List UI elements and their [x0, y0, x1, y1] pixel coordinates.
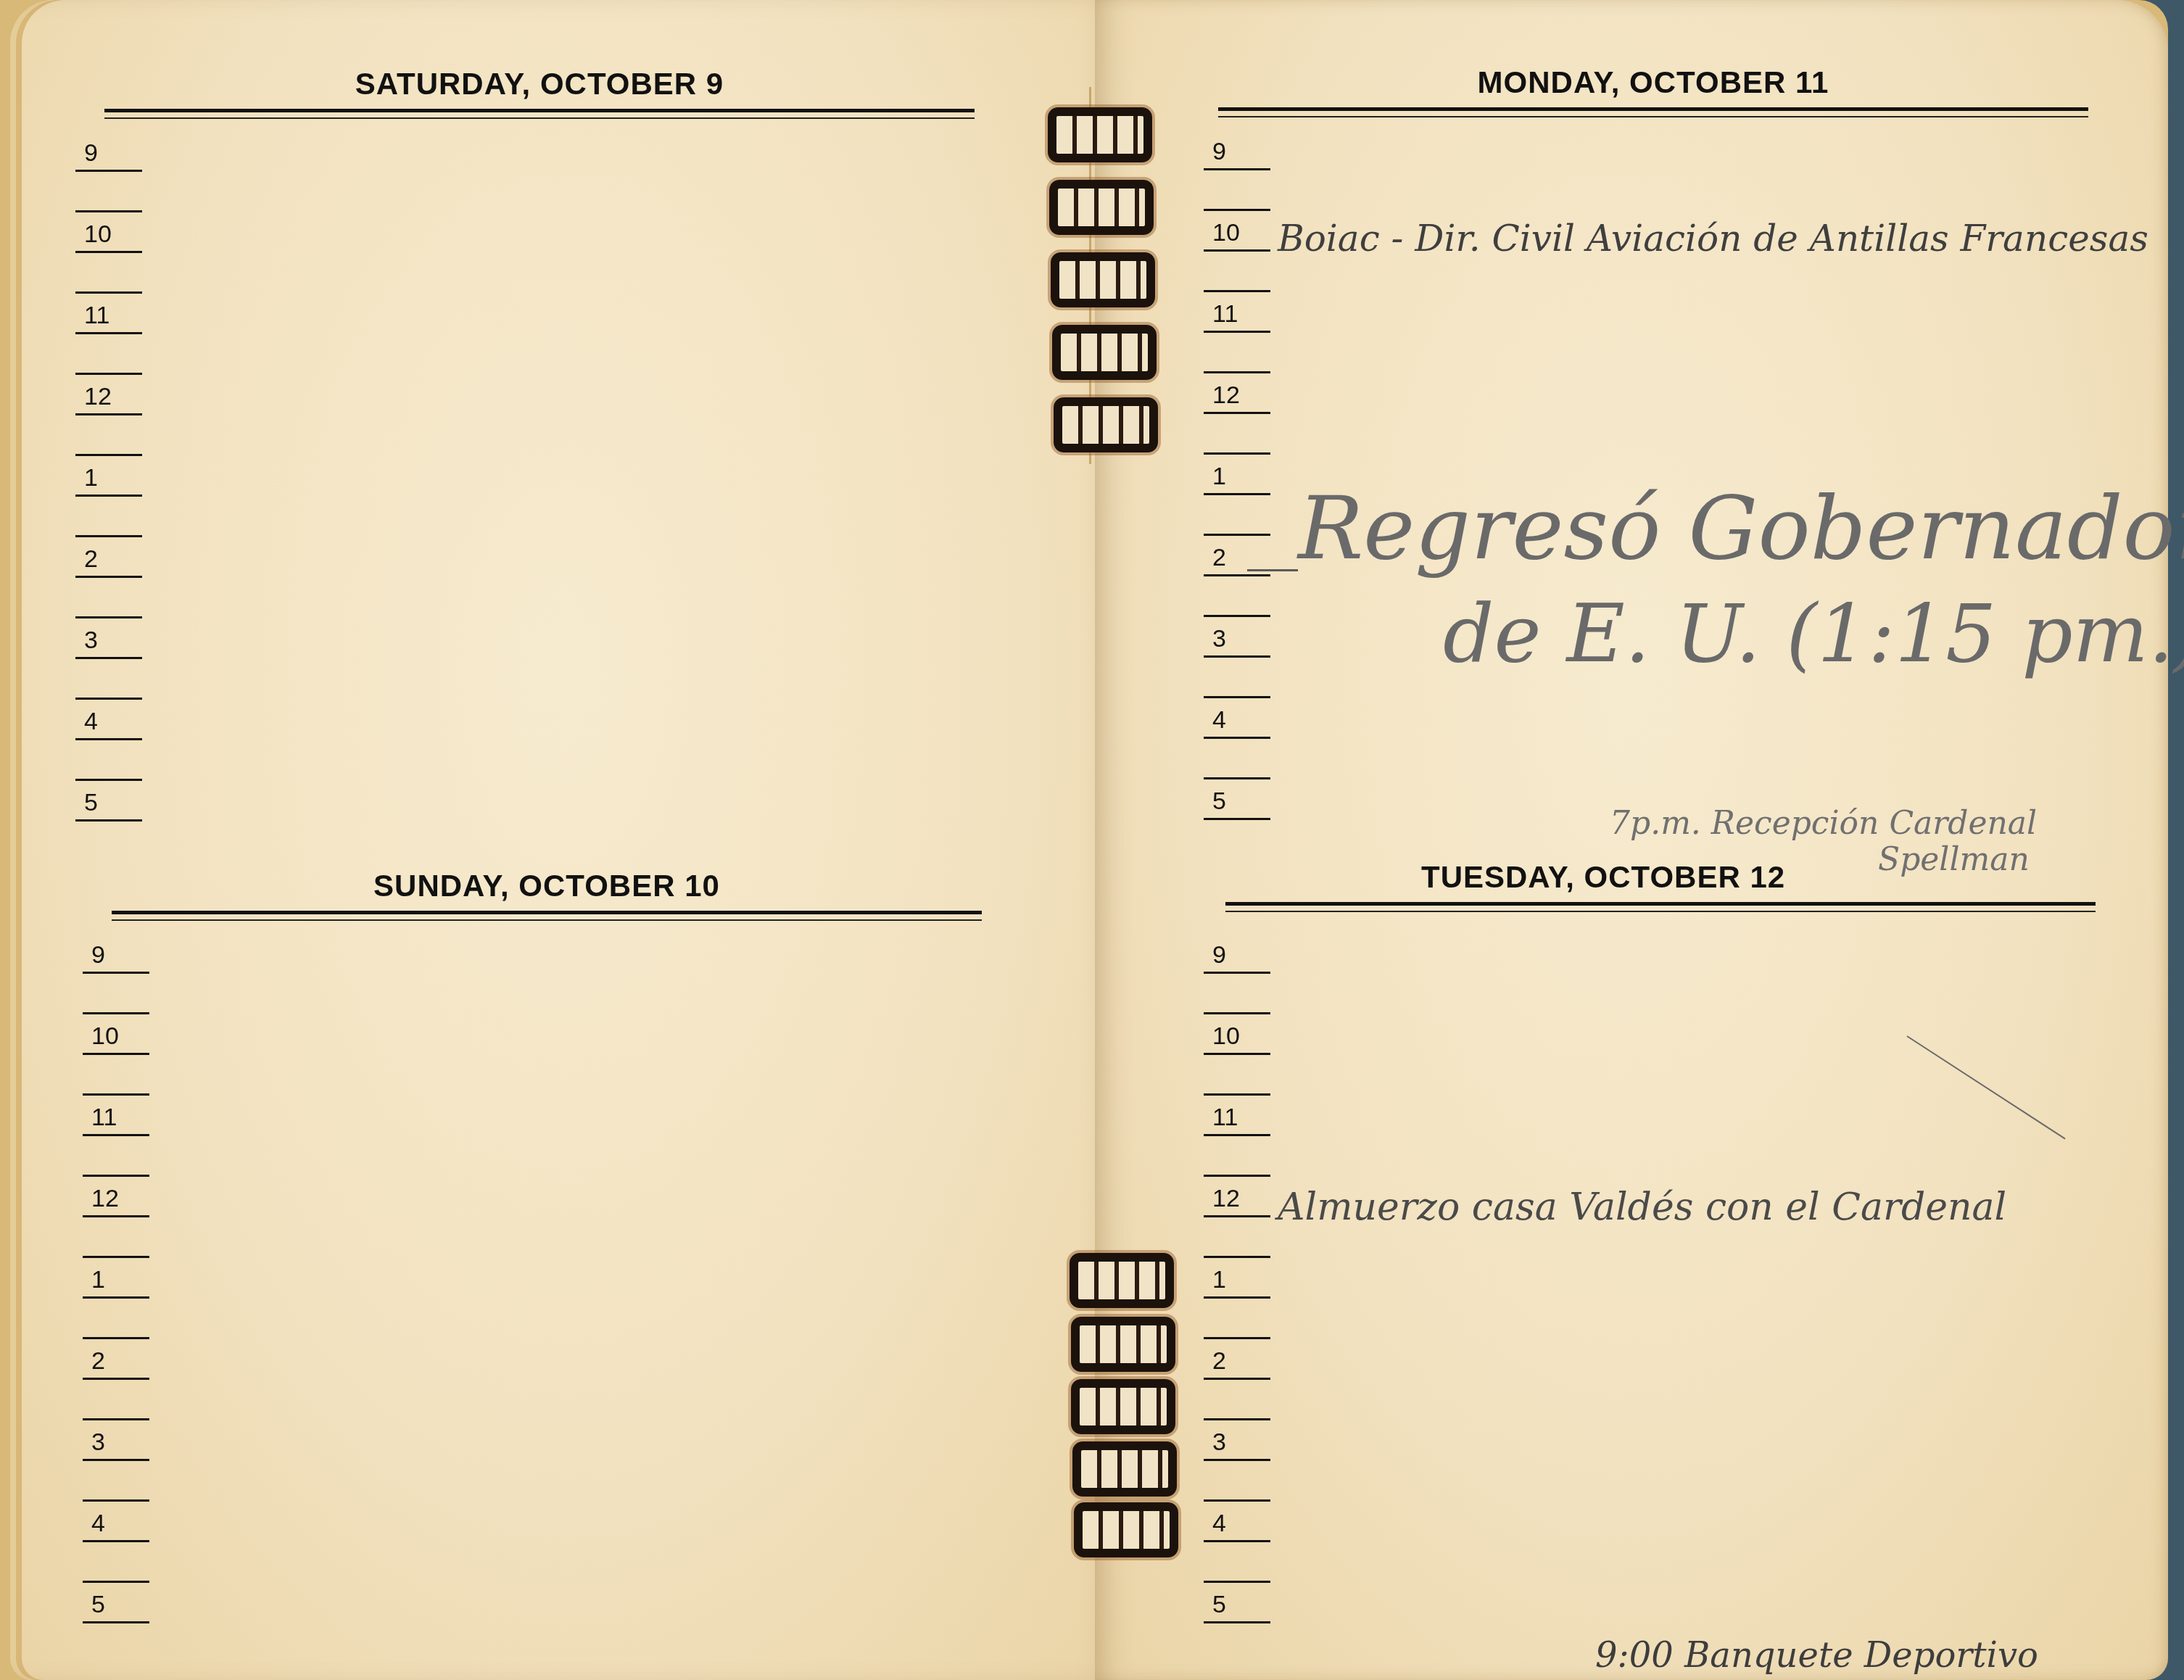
hour-line — [75, 170, 142, 172]
note-tuesday-9pm: 9:00 Banquete Deportivo — [1595, 1635, 2038, 1676]
half-hour-line — [1204, 290, 1270, 292]
hour-line — [75, 576, 142, 578]
hour-label: 12 — [91, 1185, 119, 1213]
hour-line — [83, 1459, 149, 1461]
hour-label: 2 — [84, 545, 98, 574]
hour-line — [83, 1540, 149, 1542]
hour-label: 3 — [84, 626, 98, 655]
hour-slot: 9 — [1204, 934, 1276, 1015]
hour-label: 2 — [1212, 544, 1226, 572]
right-page: MONDAY, OCTOBER 11 9 10 11 12 1 2 3 4 5 … — [1095, 0, 2168, 1680]
hour-slot: 1 — [75, 457, 148, 538]
hour-slot: 3 — [75, 619, 148, 700]
half-hour-line — [75, 535, 142, 537]
hour-label: 12 — [1212, 381, 1240, 410]
half-hour-line — [1204, 696, 1270, 698]
hour-slot: 5 — [75, 782, 148, 863]
spiral-ring — [1054, 397, 1158, 452]
hour-slot: 9 — [75, 132, 148, 213]
half-hour-line — [1204, 452, 1270, 455]
half-hour-line — [83, 1175, 149, 1177]
hour-column: 9 10 11 12 1 2 3 4 5 — [1204, 131, 1276, 861]
spiral-ring — [1072, 1441, 1177, 1497]
hour-label: 4 — [91, 1510, 105, 1538]
day-header: SATURDAY, OCTOBER 9 — [104, 67, 975, 102]
note-monday-2pm-line1: Regresó Gobernador — [1298, 479, 2184, 579]
pencil-dash — [1247, 569, 1298, 571]
half-hour-line — [1204, 1175, 1270, 1177]
hour-slot: 2 — [1204, 537, 1276, 618]
hour-label: 12 — [84, 383, 112, 411]
hour-slot: 12 — [1204, 1178, 1276, 1259]
header-rule — [104, 109, 975, 112]
hour-line — [1204, 737, 1270, 739]
hour-slot: 5 — [1204, 780, 1276, 861]
hour-line — [1204, 331, 1270, 333]
note-monday-10am: Boiac - Dir. Civil Aviación de Antillas … — [1278, 218, 2148, 260]
hour-label: 1 — [91, 1266, 105, 1294]
hour-line — [83, 1134, 149, 1136]
header-rule — [112, 911, 982, 914]
spiral-ring — [1071, 1317, 1175, 1372]
hour-label: 2 — [91, 1347, 105, 1375]
half-hour-line — [1204, 615, 1270, 617]
half-hour-line — [75, 373, 142, 375]
pencil-stroke — [1906, 1035, 2065, 1139]
hour-label: 11 — [91, 1104, 117, 1132]
hour-line — [75, 738, 142, 740]
half-hour-line — [75, 210, 142, 212]
hour-line — [1204, 249, 1270, 252]
hour-label: 3 — [91, 1428, 105, 1457]
half-hour-line — [83, 1256, 149, 1258]
hour-label: 3 — [1212, 625, 1226, 653]
half-hour-line — [83, 1418, 149, 1420]
hour-slot: 10 — [1204, 1015, 1276, 1096]
hour-label: 11 — [84, 302, 109, 330]
half-hour-line — [1204, 1093, 1270, 1096]
half-hour-line — [75, 779, 142, 781]
hour-slot: 10 — [1204, 212, 1276, 293]
hour-slot: 12 — [1204, 374, 1276, 455]
hour-slot: 3 — [1204, 618, 1276, 699]
hour-line — [1204, 412, 1270, 414]
half-hour-line — [83, 1093, 149, 1096]
half-hour-line — [1204, 534, 1270, 536]
hour-line — [1204, 1540, 1270, 1542]
diary-book: SATURDAY, OCTOBER 9 9 10 11 12 1 2 3 4 5… — [0, 0, 2168, 1680]
hour-slot: 3 — [83, 1421, 155, 1502]
header-rule — [1218, 107, 2088, 111]
hour-line — [1204, 1621, 1270, 1623]
half-hour-line — [83, 1012, 149, 1014]
half-hour-line — [1204, 371, 1270, 373]
half-hour-line — [1204, 777, 1270, 779]
hour-label: 9 — [1212, 941, 1226, 969]
hour-label: 10 — [1212, 1022, 1240, 1051]
hour-line — [83, 1378, 149, 1380]
spiral-ring — [1071, 1379, 1175, 1434]
hour-label: 3 — [1212, 1428, 1226, 1457]
half-hour-line — [83, 1581, 149, 1583]
hour-label: 1 — [1212, 1266, 1226, 1294]
hour-label: 4 — [1212, 706, 1226, 735]
spiral-ring — [1048, 107, 1152, 162]
hour-line — [83, 1621, 149, 1623]
half-hour-line — [75, 291, 142, 294]
hour-label: 9 — [1212, 138, 1226, 166]
hour-slot: 1 — [1204, 1259, 1276, 1340]
hour-line — [1204, 818, 1270, 820]
spiral-ring — [1070, 1253, 1174, 1308]
half-hour-line — [1204, 1581, 1270, 1583]
hour-slot: 10 — [75, 213, 148, 294]
half-hour-line — [83, 1499, 149, 1502]
hour-slot: 12 — [83, 1178, 155, 1259]
hour-line — [75, 495, 142, 497]
hour-slot: 10 — [83, 1015, 155, 1096]
hour-column: 9 10 11 12 1 2 3 4 5 — [1204, 934, 1276, 1665]
hour-line — [1204, 972, 1270, 974]
hour-label: 10 — [91, 1022, 119, 1051]
hour-slot: 5 — [1204, 1584, 1276, 1665]
hour-line — [1204, 1378, 1270, 1380]
hour-slot: 4 — [75, 700, 148, 782]
hour-line — [1204, 1215, 1270, 1217]
hour-label: 9 — [91, 941, 105, 969]
hour-slot: 3 — [1204, 1421, 1276, 1502]
day-header: SUNDAY, OCTOBER 10 — [112, 869, 982, 903]
half-hour-line — [1204, 1418, 1270, 1420]
note-monday-7pm-line1: 7p.m. Recepción Cardenal — [1610, 805, 2037, 842]
hour-slot: 2 — [1204, 1340, 1276, 1421]
hour-column: 9 10 11 12 1 2 3 4 5 — [75, 132, 148, 863]
hour-slot: 4 — [83, 1502, 155, 1584]
left-page: SATURDAY, OCTOBER 9 9 10 11 12 1 2 3 4 5… — [10, 0, 1120, 1680]
note-monday-7pm-line2: Spellman — [1878, 841, 2030, 878]
half-hour-line — [1204, 209, 1270, 211]
header-rule-thin — [1218, 116, 2088, 117]
hour-label: 10 — [84, 220, 112, 249]
header-rule-thin — [112, 919, 982, 921]
hour-slot: 9 — [83, 934, 155, 1015]
hour-line — [83, 1296, 149, 1299]
half-hour-line — [1204, 1012, 1270, 1014]
hour-slot: 2 — [75, 538, 148, 619]
day-header: MONDAY, OCTOBER 11 — [1218, 65, 2088, 100]
hour-slot: 1 — [1204, 455, 1276, 537]
hour-label: 11 — [1212, 300, 1238, 328]
half-hour-line — [1204, 1256, 1270, 1258]
hour-slot: 9 — [1204, 131, 1276, 212]
hour-slot: 1 — [83, 1259, 155, 1340]
hour-line — [1204, 655, 1270, 658]
hour-label: 11 — [1212, 1104, 1238, 1132]
hour-slot: 11 — [1204, 1096, 1276, 1178]
hour-label: 5 — [91, 1591, 105, 1619]
hour-label: 9 — [84, 139, 98, 167]
hour-slot: 4 — [1204, 699, 1276, 780]
hour-line — [1204, 1296, 1270, 1299]
hour-slot: 11 — [75, 294, 148, 376]
note-tuesday-12pm: Almuerzo casa Valdés con el Cardenal — [1278, 1185, 2006, 1229]
spiral-ring — [1049, 180, 1154, 235]
hour-line — [75, 413, 142, 415]
hour-line — [1204, 493, 1270, 495]
hour-slot: 12 — [75, 376, 148, 457]
hour-line — [1204, 1134, 1270, 1136]
hour-line — [75, 332, 142, 334]
header-rule — [1225, 902, 2096, 906]
hour-slot: 11 — [83, 1096, 155, 1178]
spiral-ring — [1074, 1502, 1178, 1557]
half-hour-line — [1204, 1337, 1270, 1339]
hour-label: 12 — [1212, 1185, 1240, 1213]
hour-label: 1 — [1212, 463, 1226, 491]
half-hour-line — [83, 1337, 149, 1339]
spiral-ring — [1052, 325, 1157, 380]
half-hour-line — [75, 698, 142, 700]
spiral-ring — [1051, 252, 1155, 307]
hour-label: 1 — [84, 464, 98, 492]
hour-line — [75, 657, 142, 659]
hour-label: 5 — [84, 789, 98, 817]
hour-column: 9 10 11 12 1 2 3 4 5 — [83, 934, 155, 1665]
hour-label: 5 — [1212, 1591, 1226, 1619]
hour-line — [1204, 168, 1270, 170]
hour-slot: 2 — [83, 1340, 155, 1421]
hour-slot: 4 — [1204, 1502, 1276, 1584]
half-hour-line — [75, 454, 142, 456]
hour-label: 2 — [1212, 1347, 1226, 1375]
half-hour-line — [75, 616, 142, 618]
hour-line — [1204, 1053, 1270, 1055]
note-monday-2pm-line2: de E. U. (1:15 pm.) — [1443, 587, 2184, 680]
header-rule-thin — [1225, 911, 2096, 912]
hour-line — [83, 1053, 149, 1055]
hour-line — [83, 1215, 149, 1217]
hour-label: 10 — [1212, 219, 1240, 247]
hour-line — [75, 819, 142, 822]
header-rule-thin — [104, 117, 975, 119]
hour-slot: 5 — [83, 1584, 155, 1665]
hour-line — [1204, 1459, 1270, 1461]
hour-label: 4 — [84, 708, 98, 736]
hour-slot: 11 — [1204, 293, 1276, 374]
hour-label: 5 — [1212, 787, 1226, 816]
hour-label: 4 — [1212, 1510, 1226, 1538]
hour-line — [1204, 574, 1270, 576]
half-hour-line — [1204, 1499, 1270, 1502]
hour-line — [83, 972, 149, 974]
hour-line — [75, 251, 142, 253]
